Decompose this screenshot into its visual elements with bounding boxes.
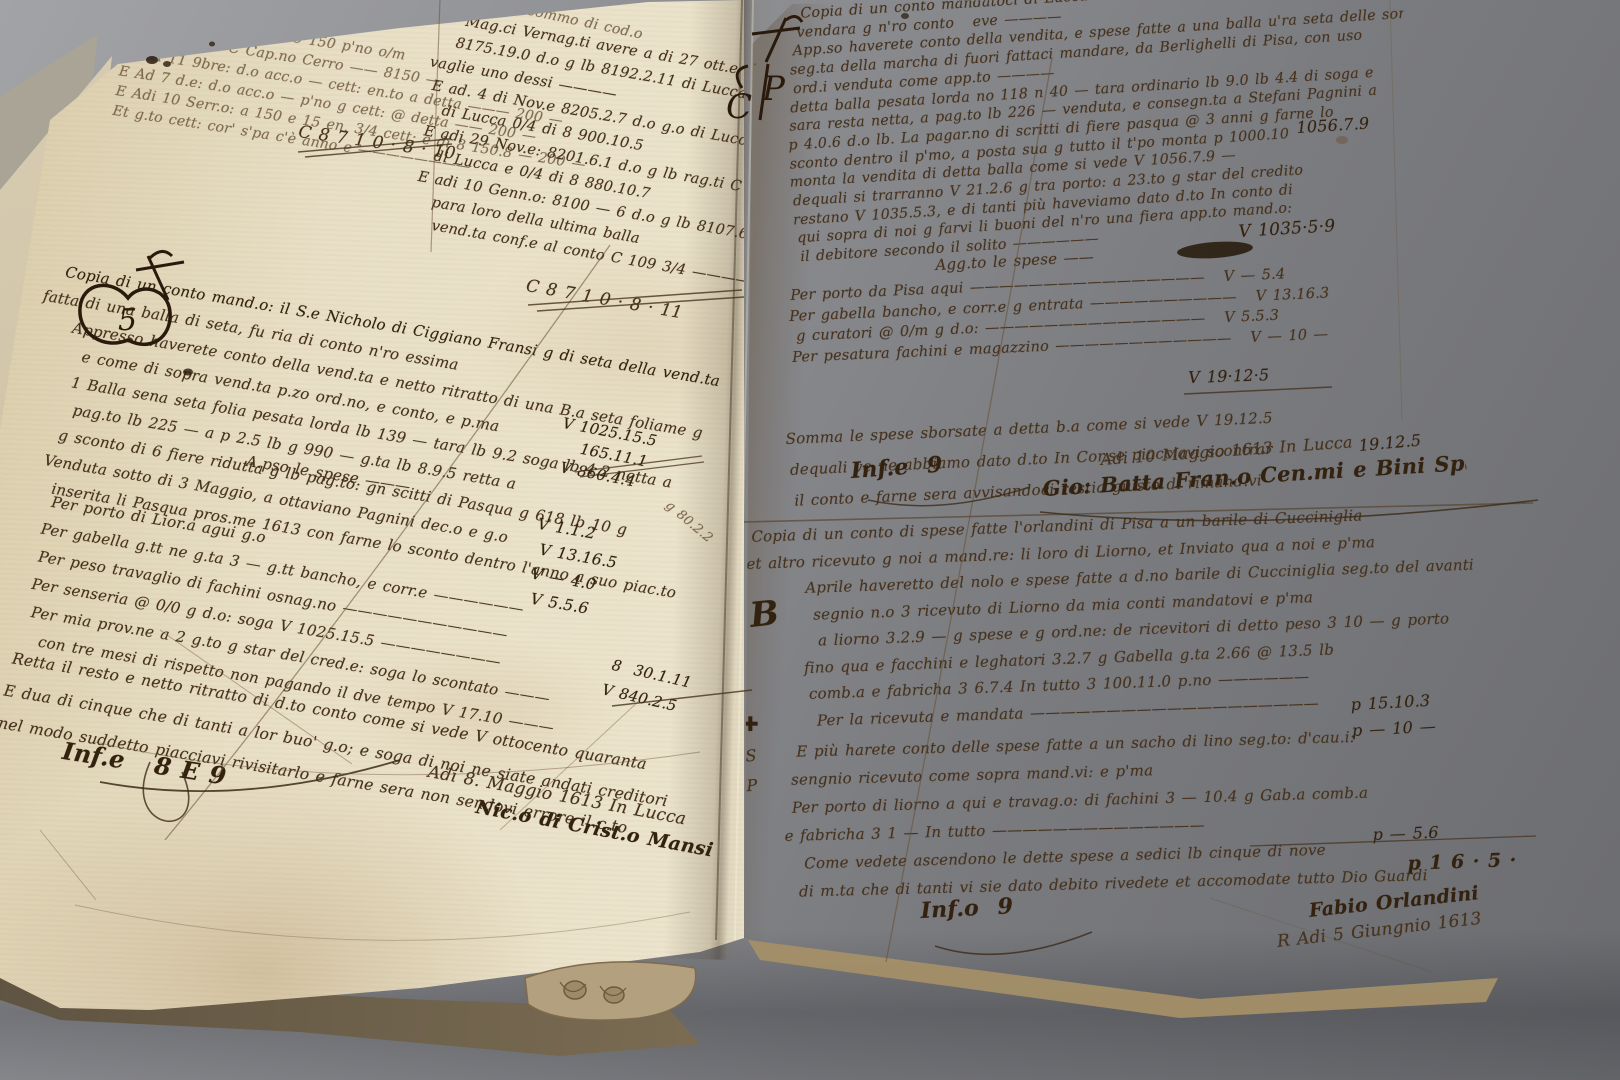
right-letter2: Copia di un conto di spese fatte l'orlan…	[745, 500, 1452, 736]
amount: 19.12.5	[1358, 431, 1422, 455]
manuscript-photo: n'el sommo di cod.o cr'ed: C 3a g.no 8.t…	[0, 0, 1620, 1080]
right-expenses: Per porto da Pisa aqui ———————————————— …	[788, 262, 1332, 368]
date-text: R Adi 5 Giungnio 1613	[1276, 909, 1483, 952]
right-letter1: Copia di un conto mandatoci di Lucca di …	[779, 0, 1454, 267]
ledger-total: C 8 7 1 0 · 8 · 11	[525, 276, 684, 323]
fede-mark: Inf.o 9	[920, 893, 1014, 924]
right-somma-margin-total: 19.12.5	[1358, 431, 1422, 455]
left-expense-amounts: V 1.1.2 V 13.16.5 V — 4.0 V 5.5.6	[523, 512, 624, 625]
amount-total: V 19·12·5	[1188, 365, 1270, 387]
right-expenses-total: V 19·12·5	[1188, 365, 1270, 387]
left-ledger-total-b: C 8 7 1 0 · 8 · 11	[525, 276, 684, 323]
left-margin-totals: 8 30.1.11 V 840.2.5	[603, 652, 694, 721]
right-dateline2: R Adi 5 Giungnio 1613	[1276, 909, 1483, 952]
right-fede2-flourish: Inf.o 9	[920, 893, 1014, 924]
